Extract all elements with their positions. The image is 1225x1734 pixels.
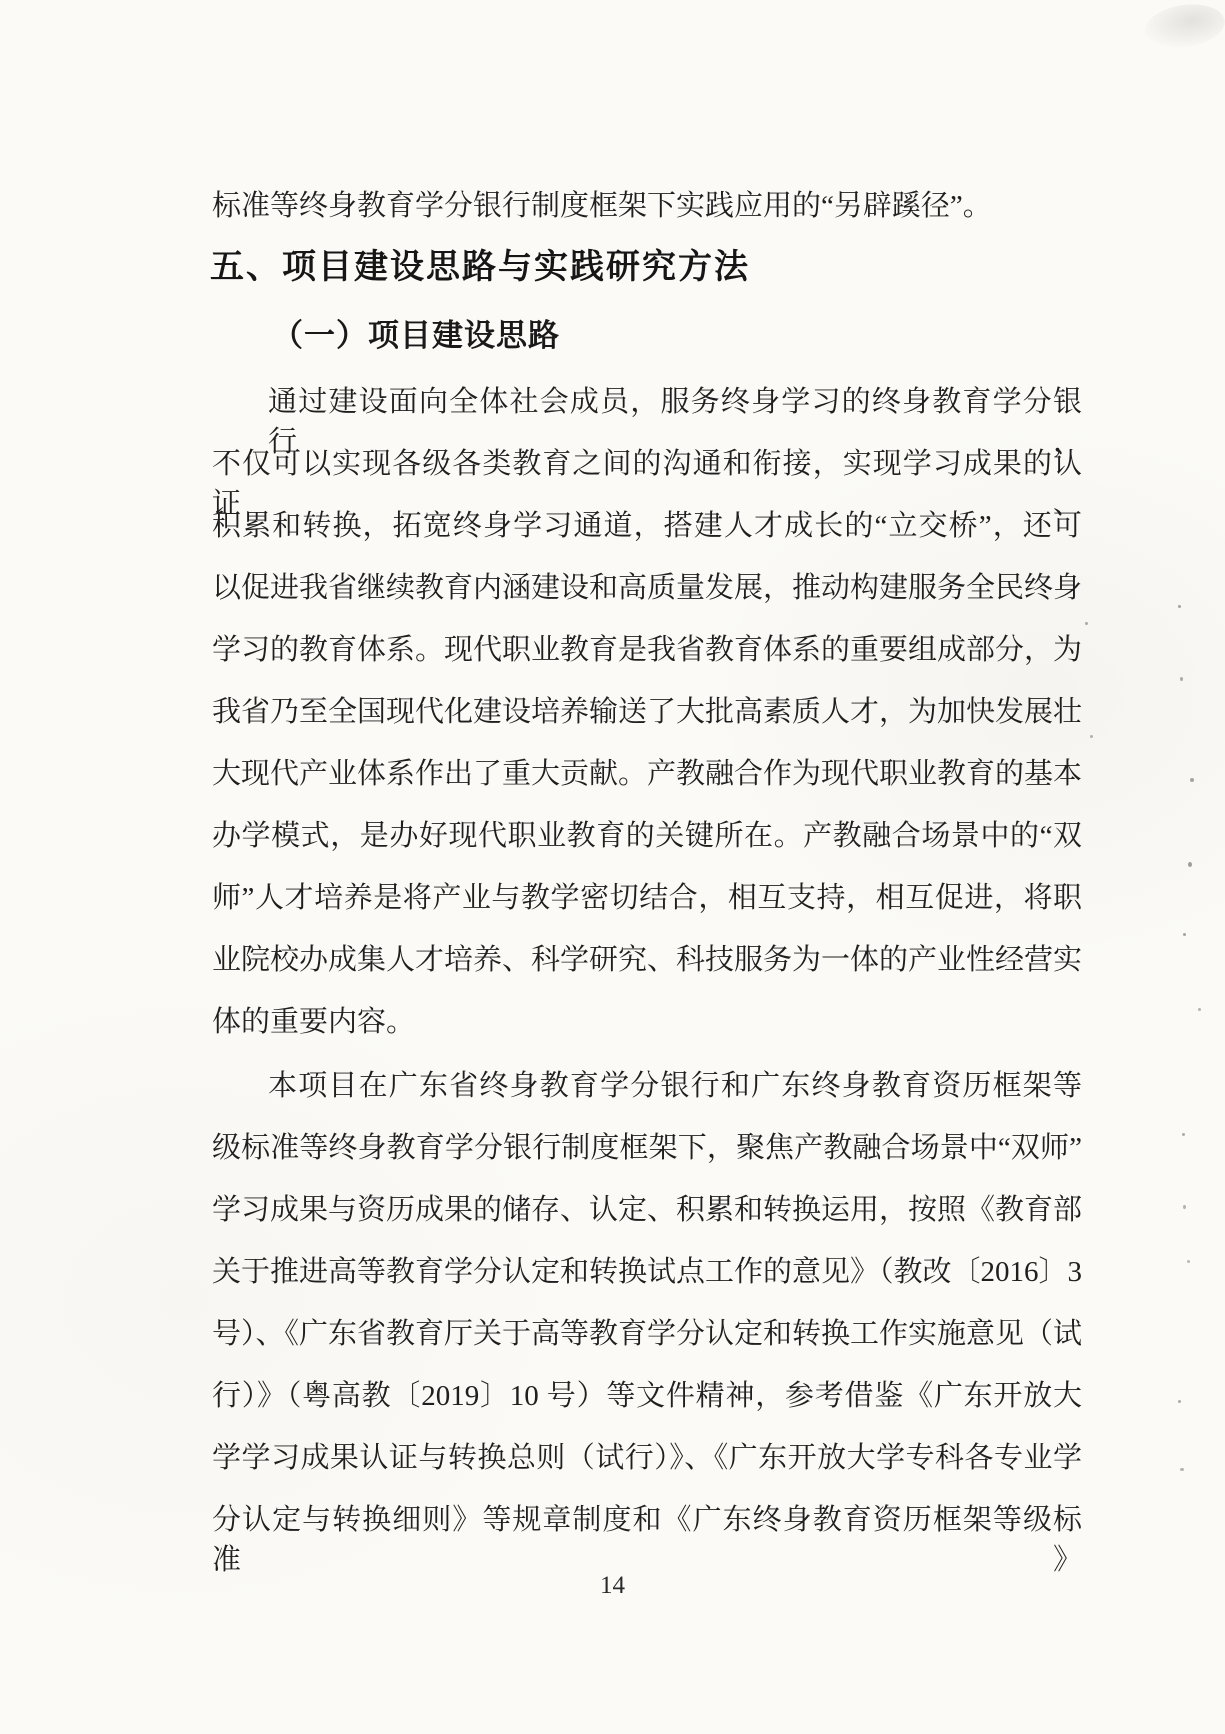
paragraph-line: 办学模式，是办好现代职业教育的关键所在。产教融合场景中的“双 [212,816,1082,860]
paragraph-line: 行）》（粤高教〔2019〕10 号）等文件精神，参考借鉴《广东开放大 [212,1376,1082,1420]
paragraph-line: 学习的教育体系。现代职业教育是我省教育体系的重要组成部分，为 [212,630,1082,674]
paragraph-line: 以促进我省继续教育内涵建设和高质量发展，推动构建服务全民终身 [212,568,1082,612]
scan-speck [1190,778,1194,782]
document-page: 标准等终身教育学分银行制度框架下实践应用的“另辟蹊径”。 五、项目建设思路与实践… [0,0,1225,1734]
scan-speck [1090,735,1093,738]
scan-speck [1180,1468,1184,1471]
scan-speck [1178,605,1181,608]
paragraph-continuation-line: 标准等终身教育学分银行制度框架下实践应用的“另辟蹊径”。 [212,186,1082,230]
section-heading: 五、项目建设思路与实践研究方法 [210,246,750,290]
subsection-heading: （一）项目建设思路 [272,315,560,357]
paragraph-line: 关于推进高等教育学分认定和转换试点工作的意见》（教改〔2016〕3 [212,1252,1082,1296]
scan-speck [1198,1008,1201,1011]
paragraph-line: 学习成果与资历成果的储存、认定、积累和转换运用，按照《教育部 [212,1190,1082,1234]
scan-speck [1085,622,1088,625]
scan-smudge [1142,0,1225,52]
paragraph-line: 业院校办成集人才培养、科学研究、科技服务为一体的产业性经营实 [212,940,1082,984]
paragraph-line: 本项目在广东省终身教育学分银行和广东终身教育资历框架等 [212,1066,1082,1110]
paragraph-line: 分认定与转换细则》等规章制度和《广东终身教育资历框架等级标准》 [212,1500,1082,1544]
paragraph-line: 学学习成果认证与转换总则（试行）》、《广东开放大学专科各专业学 [212,1438,1082,1482]
scan-speck [1183,933,1186,936]
scan-speck [1187,1260,1190,1263]
paragraph-line: 不仅可以实现各级各类教育之间的沟通和衔接，实现学习成果的认证、 [212,444,1082,488]
scan-speck [1182,1133,1185,1136]
paragraph-line: 通过建设面向全体社会成员，服务终身学习的终身教育学分银行， [212,382,1082,426]
scan-speck [1178,1400,1181,1403]
scan-speck [1183,1205,1186,1209]
scan-speck [1188,862,1192,867]
paragraph-line: 师”人才培养是将产业与教学密切结合，相互支持，相互促进，将职 [212,878,1082,922]
paragraph-line: 号）、《广东省教育厅关于高等教育学分认定和转换工作实施意见（试 [212,1314,1082,1358]
paragraph-line: 我省乃至全国现代化建设培养输送了大批高素质人才，为加快发展壮 [212,692,1082,736]
paragraph-line: 级标准等终身教育学分银行制度框架下，聚焦产教融合场景中“双师” [212,1128,1082,1172]
paragraph-line: 积累和转换，拓宽终身学习通道，搭建人才成长的“立交桥”，还可 [212,506,1082,550]
paragraph-line: 体的重要内容。 [212,1002,1082,1046]
paragraph-line: 大现代产业体系作出了重大贡献。产教融合作为现代职业教育的基本 [212,754,1082,798]
scan-speck [1180,677,1183,681]
page-number: 14 [0,1572,1225,1600]
